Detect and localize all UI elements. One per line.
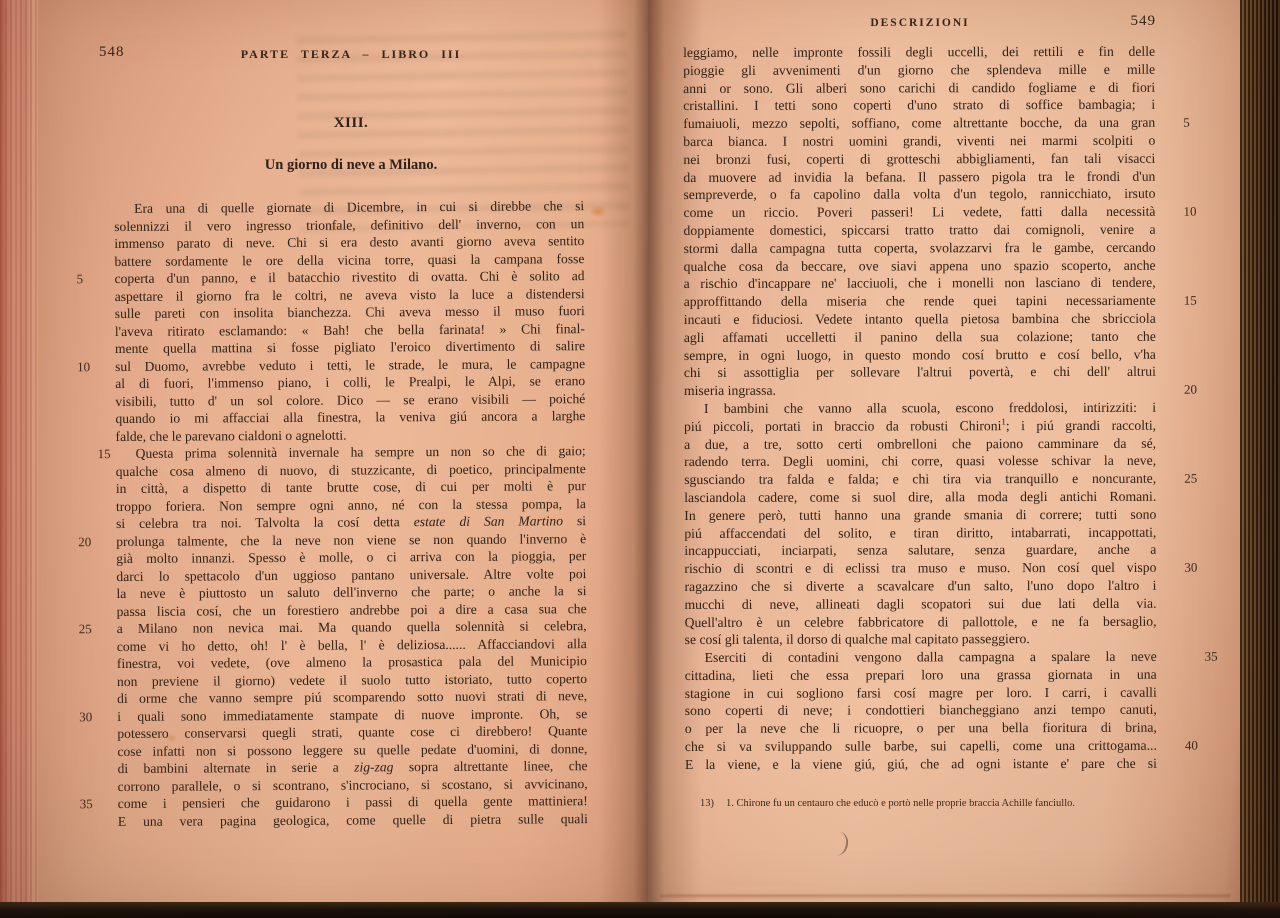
text-line: da muovere ad invidia la befana. Il pass… (683, 167, 1155, 186)
text-line: barca bianca. I nostri uomini grandi, vi… (683, 132, 1155, 151)
text-line: sgusciando tra falda e falda; e chi tira… (684, 470, 1156, 489)
text-line: In genere però, tutti hanno una grande s… (684, 505, 1156, 524)
text-line: fumaiuoli, mezzo sepolti, soffiano, come… (683, 114, 1155, 133)
text-line: miseria ingrassa.20 (684, 381, 1156, 400)
text-line: cittadina, lieti che essa prepari loro u… (685, 666, 1157, 685)
left-running-header: PARTE TERZA – LIBRO III (116, 47, 586, 62)
text-line: stormi dalla campagna tutta coperta, svo… (684, 239, 1156, 258)
footnote: 13)1. Chirone fu un centauro che educò e… (700, 797, 1174, 811)
text-line: chi si assottiglia per sollevare l'altru… (684, 363, 1156, 382)
text-line: approffittando della miseria che rende q… (684, 292, 1156, 311)
text-line: piú piccoli, portati in braccio da robus… (684, 416, 1156, 435)
line-number: 10 (77, 358, 107, 376)
text-line: se cosí gli talenta, il dorso di qualche… (685, 630, 1157, 649)
text-line: a rischio d'incappare ne' lacciuoli, che… (684, 274, 1156, 293)
text-line: E una vera pagina geologica, come quelle… (118, 810, 588, 830)
footnote-marker: 13) (700, 797, 714, 811)
text-line: incauti e fiduciosi. Vedete intanto quel… (684, 310, 1156, 329)
text-line: che si va sviluppando sulle barbe, sui c… (685, 737, 1157, 756)
text-line: stagione in cui sogliono farsi cosí magr… (685, 683, 1157, 702)
text-line: sempreverde, o fa capolino dalla volta d… (683, 185, 1155, 204)
bottom-book-edge (0, 902, 1280, 918)
left-text-column: Era una di quelle giornate di Dicembre, … (114, 197, 588, 830)
text-line: agli affamati uccelletti il panino della… (684, 328, 1156, 347)
text-line: cristallini. I tetti sono coperti d'uno … (683, 96, 1155, 115)
text-line: Quell'altro è un celebre fabbricatore di… (685, 612, 1157, 631)
line-number: 15 (1184, 292, 1224, 310)
left-fore-edge (0, 0, 38, 918)
text-line: anni or sono. Gli alberi sono carichi di… (683, 78, 1155, 97)
line-number: 5 (77, 270, 107, 288)
line-number: 10 (1183, 203, 1223, 221)
text-line: sono coperti di neve; i condottieri bian… (685, 701, 1157, 720)
line-number: 20 (78, 533, 108, 551)
text-line: qualche cosa da beccare, ove siavi appen… (684, 256, 1156, 275)
line-number: 15 (78, 445, 108, 463)
line-number: 25 (79, 620, 109, 638)
text-line: piú affaccendati del solito, e tiran dir… (684, 523, 1156, 542)
pen-mark (833, 831, 849, 856)
text-line: E la viene, e la viene giú, giú, che ad … (685, 755, 1157, 774)
right-text-column: leggiamo, nelle impronte fossili degli u… (683, 43, 1157, 774)
text-line: nei bronzi fusi, coperti di grotteschi a… (683, 150, 1155, 169)
line-number: 35 (80, 795, 110, 813)
line-number: 25 (1184, 470, 1224, 488)
text-line: Eserciti di contadini vengono dalla camp… (685, 648, 1157, 667)
text-line: I bambini che vanno alla scuola, escono … (684, 399, 1156, 418)
book-spread: 548 PARTE TERZA – LIBRO III XIII. Un gio… (0, 0, 1280, 918)
line-number: 30 (79, 708, 109, 726)
chapter-number: XIII. (116, 115, 586, 132)
text-line: mucchi di neve, allineati dagli scopator… (684, 594, 1156, 613)
text-line: come un riccio. Poveri passeri! Li vedet… (683, 203, 1155, 222)
line-number: 20 (1184, 381, 1224, 399)
left-page: 548 PARTE TERZA – LIBRO III XIII. Un gio… (38, 0, 648, 918)
right-page-number: 549 (684, 13, 1156, 30)
text-line: doppiamente domestici, spiccarsi tratto … (684, 221, 1156, 240)
text-line: sempre, in ogni luogo, in questo mondo c… (684, 345, 1156, 364)
text-line: rischio di scontri e di eclissi tra muso… (684, 559, 1156, 578)
footnote-text: 1. Chirone fu un centauro che educò e po… (726, 798, 1075, 809)
text-line: radendo terra. Degli uomini, chi corre, … (684, 452, 1156, 471)
text-line: ragazzino che si diverte a scavalcare d'… (684, 577, 1156, 596)
right-page: DESCRIZIONI 549 leggiamo, nelle impronte… (648, 0, 1240, 918)
text-line: lasciandola cadere, come si suol dire, a… (684, 488, 1156, 507)
text-line: a due, a tre, sotto certi ombrelloni che… (684, 434, 1156, 453)
line-number: 35 (1185, 648, 1225, 666)
chapter-title: Un giorno di neve a Milano. (116, 157, 586, 174)
line-number: 30 (1184, 559, 1224, 577)
line-number: 40 (1185, 737, 1225, 755)
text-line: incappucciati, inciarpati, senza salutar… (684, 541, 1156, 560)
right-fore-edge (1240, 0, 1280, 918)
text-line: leggiamo, nelle impronte fossili degli u… (683, 43, 1155, 62)
line-number: 5 (1183, 114, 1223, 132)
text-line: o per la neve che li ricuopre, o per una… (685, 719, 1157, 738)
text-line: pioggie gli avvenimenti d'un giorno che … (683, 61, 1155, 80)
